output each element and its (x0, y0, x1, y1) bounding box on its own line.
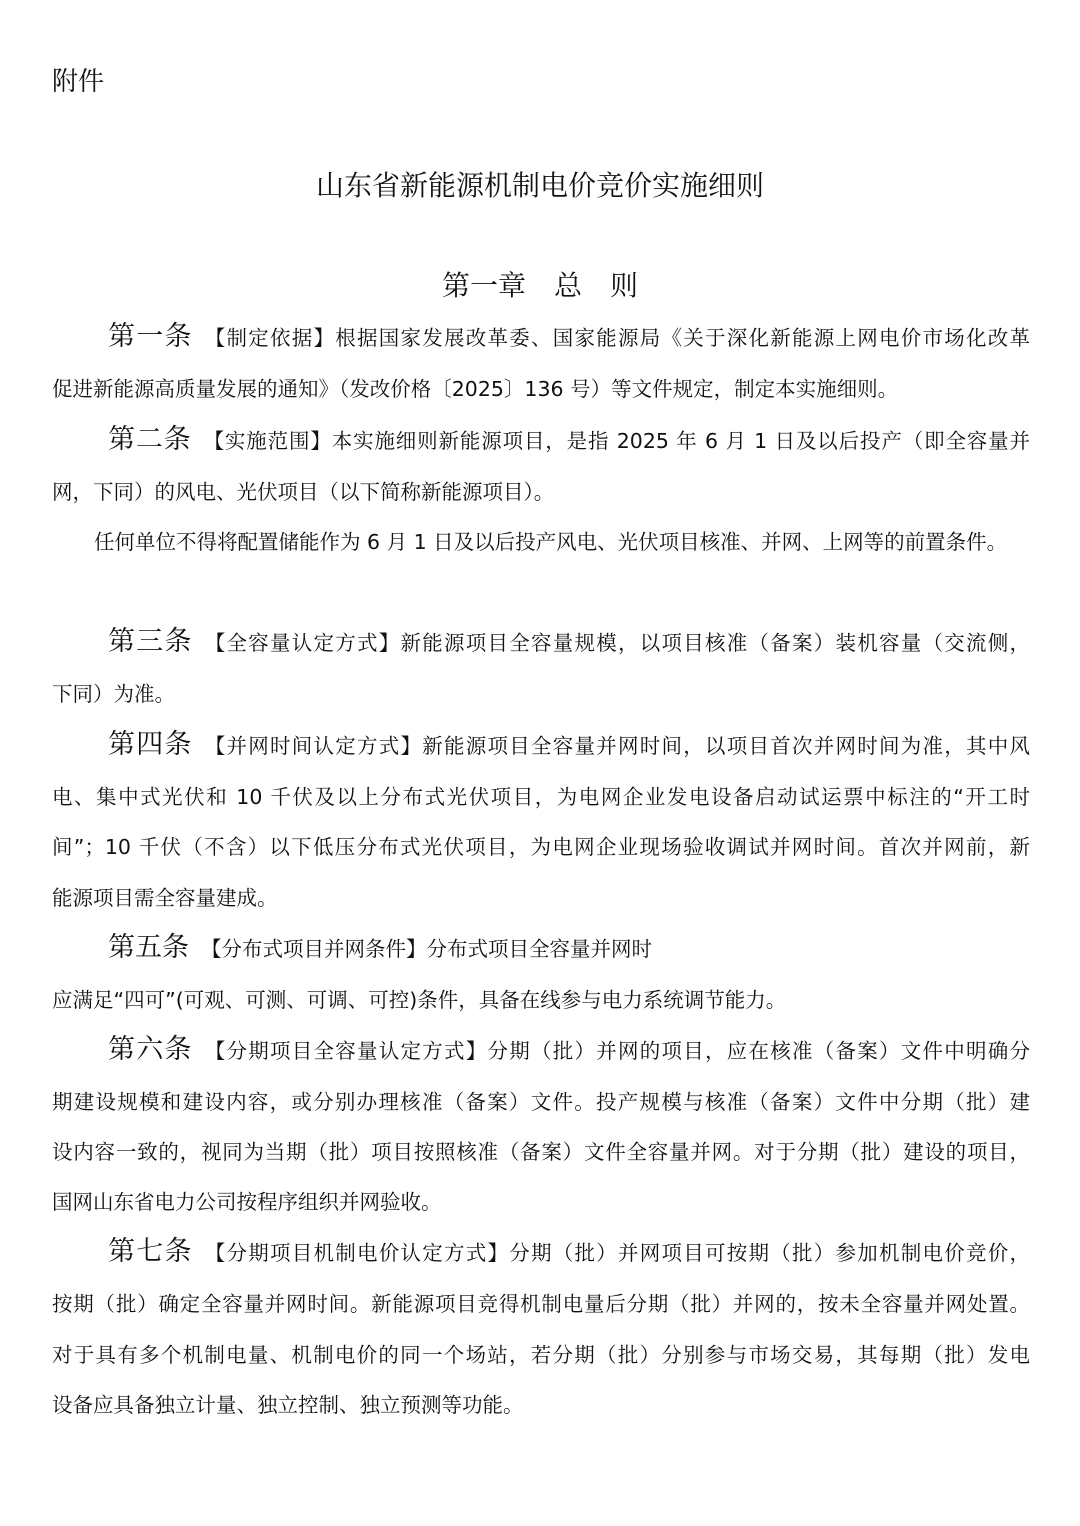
article-6-line-2: 期建设规模和建设内容，或分别办理核准（备案）文件。投产规模与核准（备案）文件中分… (52, 1087, 1030, 1117)
article-7-line-4: 设备应具备独立计量、独立控制、独立预测等功能。 (52, 1390, 1030, 1420)
article-6-line-4: 国网山东省电力公司按程序组织并网验收。 (52, 1187, 1030, 1217)
article-heading: 【并网时间认定方式】 (205, 734, 423, 758)
article-2-line-2: 网，下同）的风电、光伏项目（以下简称新能源项目）。 (52, 477, 1030, 507)
article-2: 第二条【实施范围】本实施细则新能源项目，是指 2025 年 6 月 1 日及以后… (108, 425, 1030, 456)
article-1-line-2: 促进新能源高质量发展的通知》（发改价格〔2025〕136 号）等文件规定，制定本… (52, 374, 1030, 404)
article-5: 第五条【分布式项目并网条件】分布式项目全容量并网时 (108, 933, 1030, 964)
chapter-heading: 第一章 总 则 (0, 266, 1080, 306)
article-heading: 【分期项目机制电价认定方式】 (205, 1241, 510, 1265)
article-number: 第五条 (108, 932, 189, 963)
article-heading: 【实施范围】 (204, 429, 332, 453)
attachment-label: 附件 (52, 64, 104, 100)
article-number: 第一条 (108, 321, 193, 352)
article-text: 新能源项目全容量并网时间，以项目首次并网时间为准，其中风 (422, 734, 1030, 758)
article-2-paragraph-2: 任何单位不得将配置储能作为 6 月 1 日及以后投产风电、光伏项目核准、并网、上… (94, 527, 1030, 557)
article-text: 本实施细则新能源项目，是指 2025 年 6 月 1 日及以后投产（即全容量并 (332, 429, 1030, 453)
article-3: 第三条【全容量认定方式】新能源项目全容量规模，以项目核准（备案）装机容量（交流侧… (108, 627, 1030, 658)
article-3-line-2: 下同）为准。 (52, 679, 1030, 709)
document-page: 附件 山东省新能源机制电价竞价实施细则 第一章 总 则 第一条【制定依据】根据国… (0, 0, 1080, 1526)
article-6-line-3: 设内容一致的，视同为当期（批）项目按照核准（备案）文件全容量并网。对于分期（批）… (52, 1137, 1030, 1167)
article-heading: 【分布式项目并网条件】 (201, 937, 427, 961)
article-text: 新能源项目全容量规模，以项目核准（备案）装机容量（交流侧， (401, 631, 1031, 655)
article-7-line-3: 对于具有多个机制电量、机制电价的同一个场站，若分期（批）分别参与市场交易，其每期… (52, 1340, 1030, 1370)
article-heading: 【全容量认定方式】 (205, 631, 401, 655)
article-7-line-2: 按期（批）确定全容量并网时间。新能源项目竞得机制电量后分期（批）并网的，按未全容… (52, 1289, 1030, 1319)
article-1: 第一条【制定依据】根据国家发展改革委、国家能源局《关于深化新能源上网电价市场化改… (108, 322, 1030, 353)
article-number: 第七条 (108, 1236, 193, 1267)
article-number: 第二条 (108, 424, 192, 455)
article-text: 分布式项目全容量并网时 (427, 937, 653, 961)
article-4-line-4: 能源项目需全容量建成。 (52, 883, 1030, 913)
article-text: 分期（批）并网项目可按期（批）参加机制电价竞价， (509, 1241, 1030, 1265)
article-number: 第六条 (108, 1034, 193, 1065)
article-text: 分期（批）并网的项目，应在核准（备案）文件中明确分 (488, 1039, 1031, 1063)
article-4: 第四条【并网时间认定方式】新能源项目全容量并网时间，以项目首次并网时间为准，其中… (108, 730, 1030, 761)
article-7: 第七条【分期项目机制电价认定方式】分期（批）并网项目可按期（批）参加机制电价竞价… (108, 1237, 1030, 1268)
article-5-line-2: 应满足“四可”(可观、可测、可调、可控)条件，具备在线参与电力系统调节能力。 (52, 985, 1030, 1015)
article-4-line-3: 间”；10 千伏（不含）以下低压分布式光伏项目，为电网企业现场验收调试并网时间。… (52, 832, 1030, 862)
document-title: 山东省新能源机制电价竞价实施细则 (0, 166, 1080, 206)
article-heading: 【制定依据】 (205, 326, 336, 350)
article-4-line-2: 电、集中式光伏和 10 千伏及以上分布式光伏项目，为电网企业发电设备启动试运票中… (52, 782, 1030, 812)
article-text: 根据国家发展改革委、国家能源局《关于深化新能源上网电价市场化改革 (335, 326, 1030, 350)
article-number: 第三条 (108, 626, 193, 657)
article-number: 第四条 (108, 729, 193, 760)
article-6: 第六条【分期项目全容量认定方式】分期（批）并网的项目，应在核准（备案）文件中明确… (108, 1035, 1030, 1066)
article-heading: 【分期项目全容量认定方式】 (205, 1039, 488, 1063)
